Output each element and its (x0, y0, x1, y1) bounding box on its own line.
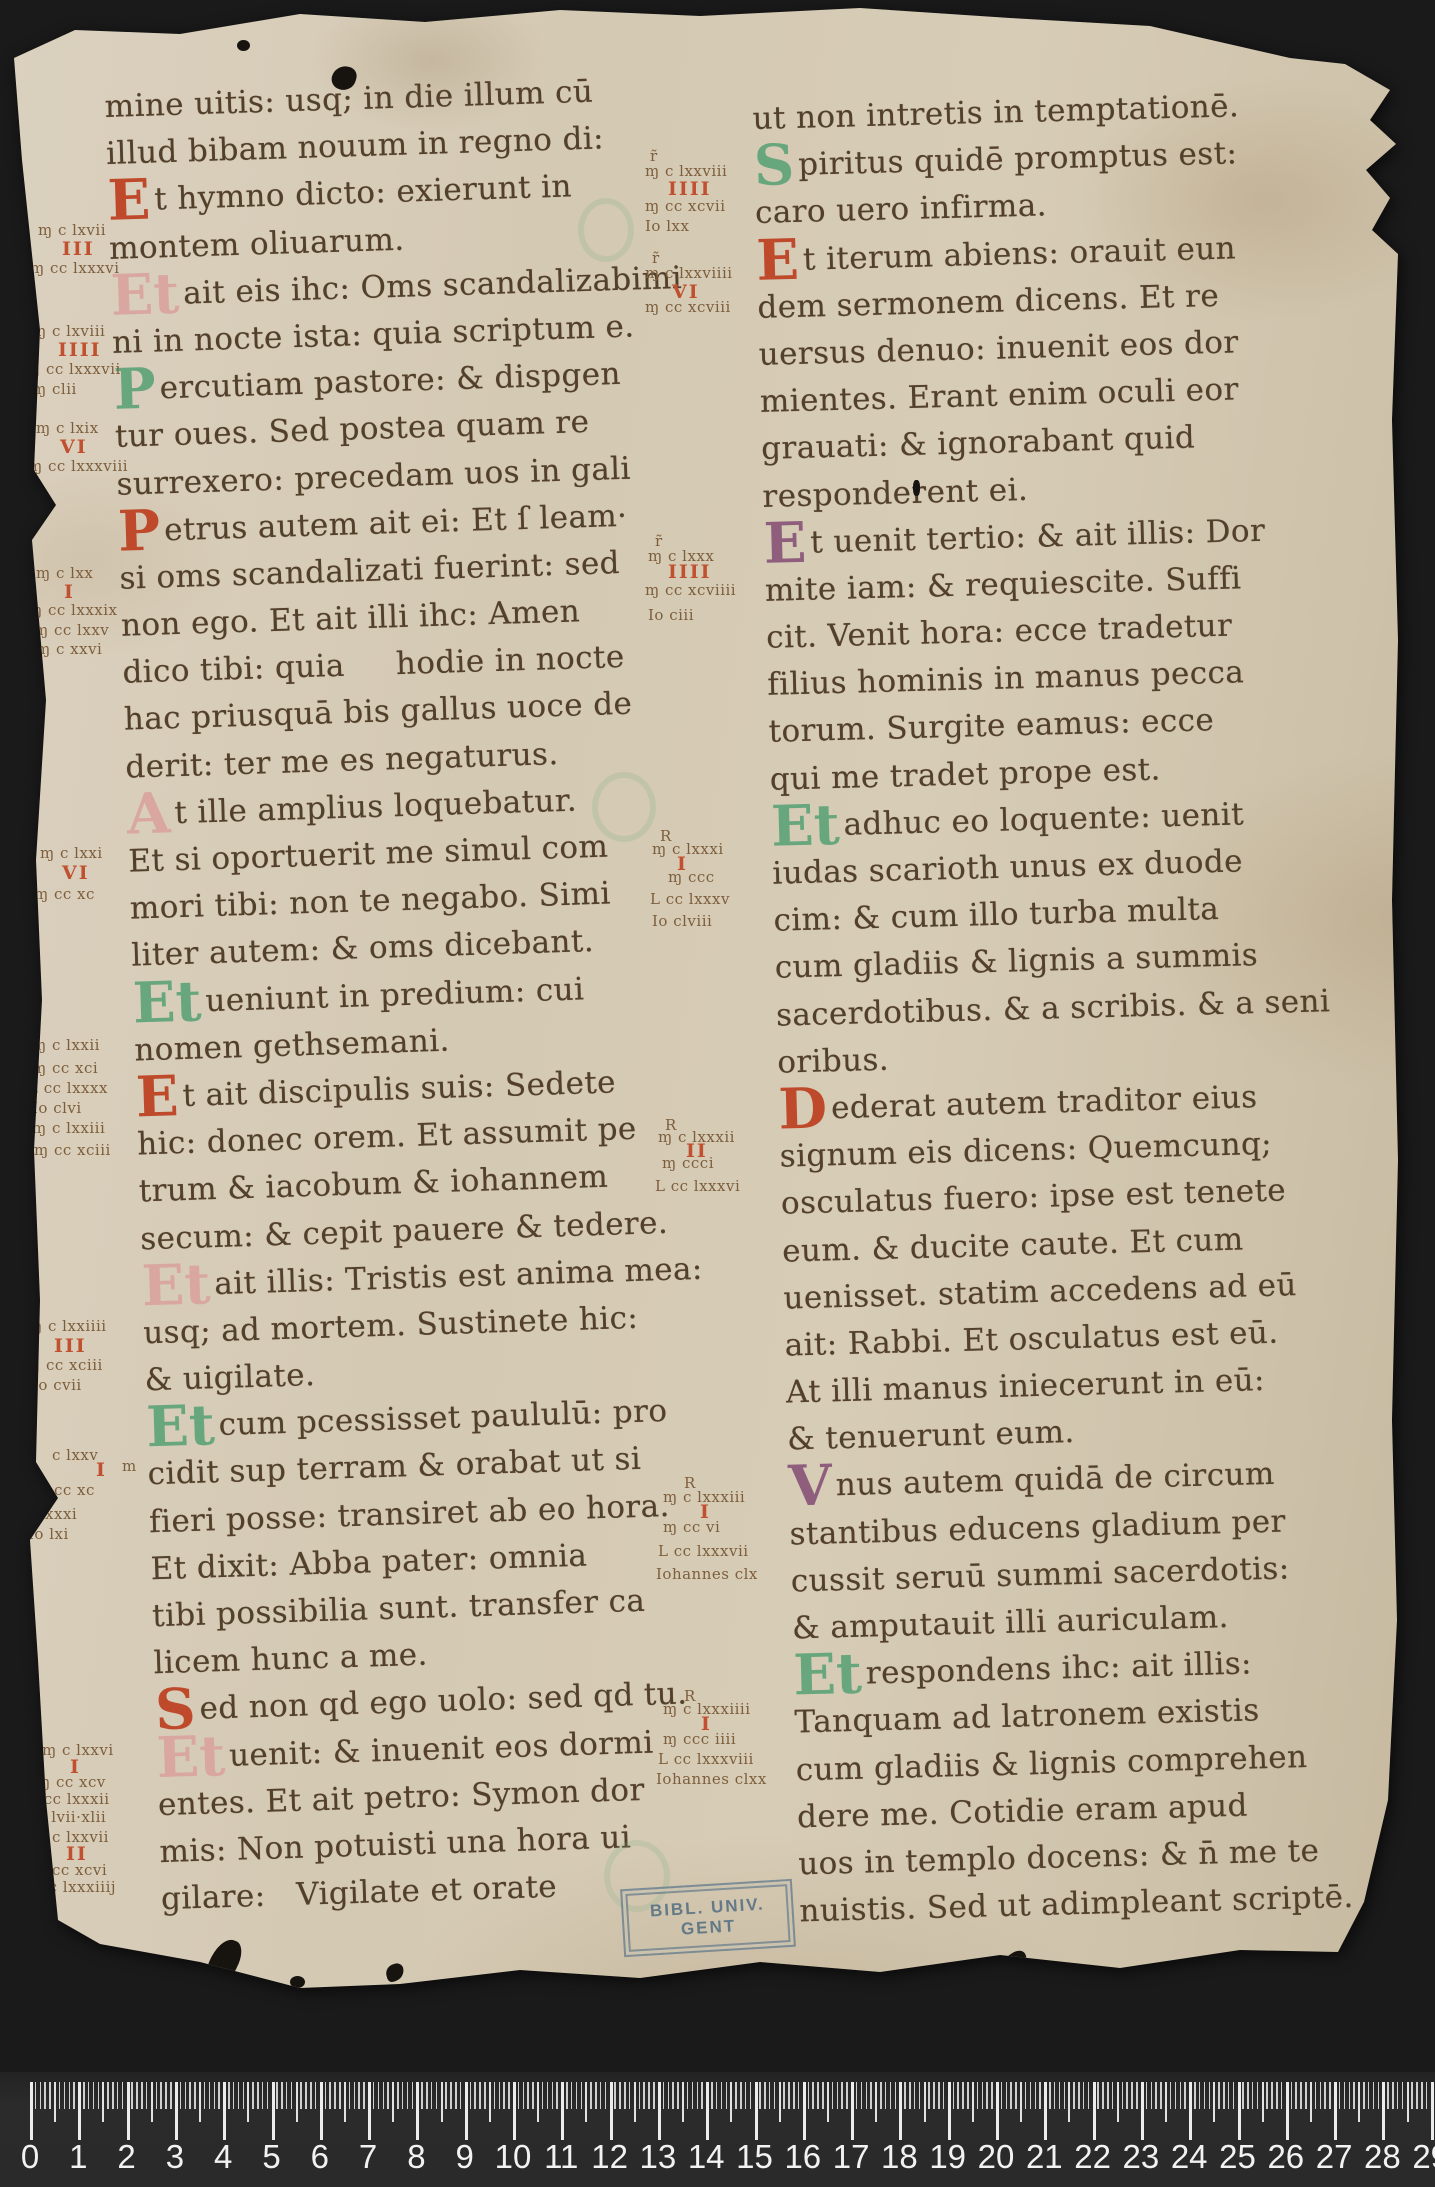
canon-note-text: III (54, 1335, 87, 1357)
line-text: & uigilate. (144, 1357, 316, 1398)
ruler-tick (1131, 2082, 1133, 2109)
line-text: adhuc eo loquente: uenit (843, 796, 1244, 842)
ruler-tick (875, 2082, 877, 2122)
eusebian-canon-note: ɱ cc xcviii (645, 299, 731, 316)
ruler-tick (697, 2082, 699, 2109)
canon-note-text: ɱ cc xcv (36, 1773, 106, 1791)
canon-note-text: III (62, 238, 95, 260)
line-text: caro uero infirma. (755, 188, 1048, 232)
ruler-tick (919, 2082, 921, 2109)
ruler-number: 29 (1401, 2138, 1435, 2176)
ruler-tick (1151, 2082, 1153, 2109)
ruler-tick (175, 2082, 178, 2140)
ruler-tick (972, 2082, 974, 2122)
canon-note-text: ɱ cc xc (34, 1481, 95, 1499)
eusebian-canon-note: ɱ ccci (662, 1155, 714, 1172)
canon-note-text: ɱ cc lxxv (34, 621, 109, 639)
ruler-tick (35, 2082, 37, 2109)
canon-note-text: Iohannes clxx (656, 1770, 767, 1788)
ruler-tick (315, 2082, 317, 2109)
ruler-tick (291, 2082, 293, 2109)
line-text: cum gladiis & lignis a summis (774, 937, 1258, 986)
ruler-tick (721, 2082, 723, 2109)
ruler-tick (1035, 2082, 1037, 2109)
ruler-tick (368, 2082, 371, 2140)
ruler-tick (421, 2082, 423, 2109)
ruler-tick (687, 2082, 689, 2109)
ruler-tick (1262, 2082, 1264, 2122)
ruler-tick (479, 2082, 481, 2109)
ruler-tick (1378, 2082, 1380, 2109)
ruler-tick (1010, 2082, 1012, 2109)
eusebian-canon-note: IIII (668, 564, 712, 581)
line-text: signum eis dicens: Quemcunq; (779, 1126, 1272, 1175)
ruler-tick (141, 2082, 143, 2109)
ruler-tick (1097, 2082, 1099, 2109)
ruler-tick (267, 2082, 269, 2109)
ruler-tick (788, 2082, 790, 2109)
ruler-tick (1213, 2082, 1215, 2122)
ruler-tick (102, 2082, 104, 2122)
line-text: qui me tradet prope est. (769, 751, 1161, 797)
ruler-tick (740, 2082, 742, 2109)
line-text: ait: Rabbi. Et osculatus est eū. (784, 1315, 1279, 1364)
ruler-tick (160, 2082, 162, 2109)
canon-note-text: ɱ cc xci (32, 1059, 98, 1077)
ruler-tick (73, 2082, 75, 2109)
ruler-tick (416, 2082, 419, 2140)
ruler-tick (581, 2082, 583, 2109)
ruler-tick (769, 2082, 771, 2109)
eusebian-canon-note: ɱ cc xc (34, 886, 95, 903)
ruler-tick (1112, 2082, 1114, 2109)
ruler-tick (1078, 2082, 1080, 2109)
line-text: licem hunc a me. (153, 1637, 428, 1682)
ruler-tick (552, 2082, 554, 2109)
ruler-tick (354, 2082, 356, 2109)
eusebian-canon-note: Io lxi (28, 1526, 69, 1543)
ruler-tick (759, 2082, 761, 2109)
ruler-tick (1039, 2082, 1041, 2109)
ruler-tick (276, 2082, 278, 2109)
ruler-tick (1402, 2082, 1404, 2109)
line-text: ederat autem traditor eius (831, 1079, 1258, 1126)
line-text: non ego. Et ait illi ihc: Amen (120, 593, 580, 643)
eusebian-canon-note: c lxxv (52, 1447, 98, 1464)
ruler-tick (822, 2082, 824, 2109)
ruler-tick (668, 2082, 670, 2109)
ink-blot (516, 1974, 527, 1983)
eusebian-canon-note: Io lxx (645, 218, 689, 235)
ruler-tick (1204, 2082, 1206, 2109)
line-text: nomen gethsemani. (134, 1022, 450, 1068)
ink-blot (237, 40, 250, 51)
ruler-tick (209, 2082, 211, 2109)
ruler-tick (170, 2082, 172, 2109)
eusebian-canon-note: Io clviii (652, 913, 712, 930)
left-text-column: mine uitis: usq; in die illum cūillud bi… (104, 66, 733, 1923)
ruler-tick (832, 2082, 834, 2109)
ruler-tick (924, 2082, 926, 2122)
ruler-tick (639, 2082, 641, 2109)
line-text: & amputauit illi auriculam. (792, 1599, 1230, 1646)
canon-note-text: I (64, 581, 75, 603)
eusebian-canon-note: I (64, 584, 75, 601)
line-text: t ait discipulis suis: Sedete (182, 1064, 616, 1114)
canon-note-text: ɱ cc lxxxix (28, 601, 118, 619)
ruler-tick (1044, 2082, 1047, 2140)
ruler-tick (489, 2082, 491, 2122)
ruler-tick (243, 2082, 245, 2109)
ruler-tick (1320, 2082, 1322, 2109)
canon-note-text: ɱ cc xcviiii (645, 581, 736, 599)
ruler-tick (1059, 2082, 1061, 2109)
line-text: dere me. Cotidie eram apud (797, 1787, 1249, 1835)
ruler-tick (880, 2082, 882, 2109)
ruler-tick (779, 2082, 781, 2122)
ruler-tick (387, 2082, 389, 2109)
ruler-tick (605, 2082, 607, 2109)
eusebian-canon-note: Io lvii·xlii (30, 1809, 106, 1826)
ruler-tick (711, 2082, 713, 2109)
ruler-tick (542, 2082, 544, 2109)
ruler-tick (861, 2082, 863, 2109)
ruler-tick (1358, 2082, 1360, 2122)
ruler-tick (1276, 2082, 1278, 2109)
ruler-tick (812, 2082, 814, 2109)
canon-note-text: ɱ ccc (668, 868, 715, 886)
ruler-tick (1315, 2082, 1317, 2109)
ruler-tick (1054, 2082, 1056, 2109)
ruler-tick (827, 2082, 829, 2122)
line-text: t iterum abiens: orauit eun (803, 230, 1237, 277)
line-text: dem sermonem dicens. Et re (757, 278, 1219, 326)
ruler-tick (1175, 2082, 1177, 2109)
line-text: t uenit tertio: & ait illis: Dor (810, 512, 1266, 560)
ruler-tick (1373, 2082, 1375, 2109)
ruler-tick (561, 2082, 564, 2140)
ruler-tick (1189, 2082, 1192, 2140)
ruler-tick (1107, 2082, 1109, 2109)
canon-note-text: I (96, 1459, 107, 1481)
ruler-tick (1160, 2082, 1162, 2109)
ruler-tick (107, 2082, 109, 2109)
canon-note-text: ɱ c lxxiiii (28, 1317, 107, 1335)
ruler-tick (1001, 2082, 1003, 2109)
eusebian-canon-note: L cc lxxxvii (658, 1543, 749, 1560)
ruler-tick (1223, 2082, 1225, 2109)
ruler-tick (64, 2082, 66, 2109)
eusebian-canon-note: ɱ c lxxviiii (645, 265, 733, 282)
ruler-tick (1353, 2082, 1355, 2109)
ruler-tick (1368, 2082, 1370, 2109)
ruler-tick (465, 2082, 468, 2140)
ruler-tick (470, 2082, 472, 2109)
ruler-tick (117, 2082, 119, 2109)
ruler-tick (895, 2082, 897, 2109)
line-text: & tenuerunt eum. (787, 1414, 1075, 1458)
ruler-tick (397, 2082, 399, 2109)
canon-note-text: L cc lxxxx (28, 1079, 108, 1097)
canon-note-text: ɱ c lxxi (40, 844, 103, 862)
ruler-tick (1228, 2082, 1230, 2109)
ruler-tick (933, 2082, 935, 2109)
ruler-tick (412, 2082, 414, 2109)
canon-note-text: ɱ c lxxii (32, 1036, 100, 1054)
library-stamp: BIBL. UNIV. GENT (620, 1879, 796, 1957)
ruler-tick (1431, 2082, 1434, 2140)
eusebian-canon-note: ɱ clii (32, 381, 77, 398)
verso-initial-ghost (578, 198, 634, 262)
eusebian-canon-note: ɱ cc xcvii (645, 198, 726, 215)
ruler-tick (363, 2082, 365, 2109)
line-text: oribus. (777, 1041, 890, 1080)
ruler-tick (228, 2082, 230, 2109)
ruler-tick (1102, 2082, 1104, 2109)
ruler-tick (194, 2082, 196, 2109)
ruler-tick (112, 2082, 114, 2109)
ruler-tick (851, 2082, 854, 2140)
right-text-column: ut non intretis in temptationē.Spiritus … (752, 81, 1354, 1935)
ruler-tick (503, 2082, 505, 2109)
canon-note-text: ɱ ccci (662, 1154, 714, 1172)
ruler-tick (658, 2082, 661, 2140)
canon-note-text: ɱ cc lxxxvii (26, 360, 121, 378)
ruler-tick (1281, 2082, 1283, 2109)
ruler-tick (214, 2082, 216, 2109)
canon-note-text: L cc lxxxvi (655, 1177, 740, 1195)
ruler-tick (1324, 2082, 1326, 2109)
canon-note-text: m (122, 1457, 137, 1475)
ruler-tick (436, 2082, 438, 2109)
ruler-tick (1165, 2082, 1167, 2122)
canon-note-text: L cc lxxxvii (658, 1542, 749, 1560)
ruler-tick (566, 2082, 568, 2109)
ruler-tick (136, 2082, 138, 2109)
ruler-tick (726, 2082, 728, 2109)
ruler-tick (329, 2082, 331, 2109)
eusebian-canon-note: Io ciii (648, 607, 694, 624)
ruler-tick (1064, 2082, 1066, 2109)
ink-blot (384, 1962, 406, 1983)
canon-note-text: L cc lxxxiiij (24, 1878, 116, 1896)
ruler-tick (296, 2082, 298, 2122)
ruler-tick (798, 2082, 800, 2109)
line-text: respondens ihc: ait illis: (865, 1646, 1252, 1692)
ruler-tick (1006, 2082, 1008, 2109)
ruler-tick (358, 2082, 360, 2109)
eusebian-canon-note: L lxxxi (24, 1506, 77, 1523)
eusebian-canon-note: I (96, 1462, 107, 1479)
ruler-tick (856, 2082, 858, 2109)
ruler-tick (131, 2082, 133, 2109)
eusebian-canon-note: ɱ c lxix (36, 420, 99, 437)
eusebian-canon-note: ɱ cc lxxxviii (28, 458, 128, 475)
ruler-tick (1252, 2082, 1254, 2109)
line-text: montem oliuarum. (109, 221, 405, 266)
ruler-tick (1155, 2082, 1157, 2109)
canon-note-text: Io lvii·xlii (30, 1808, 106, 1826)
ruler-tick (677, 2082, 679, 2109)
ruler-tick (78, 2082, 81, 2140)
ruler-tick (523, 2082, 525, 2109)
ruler-tick (310, 2082, 312, 2109)
canon-note-text: Io clviii (652, 912, 712, 930)
line-text: t hymno dicto: exierunt in (154, 169, 573, 218)
ruler-tick (576, 2082, 578, 2109)
eusebian-canon-note: III (54, 1338, 87, 1355)
ruler-tick (1238, 2082, 1241, 2140)
canon-note-text: ɱ c lxxviiii (645, 264, 733, 282)
line-text: grauati: & ignorabant quid (761, 420, 1196, 467)
ruler-tick (803, 2082, 806, 2140)
ruler-tick (870, 2082, 872, 2109)
line-text: usq; ad mortem. Sustinete hic: (143, 1300, 639, 1352)
ink-blot (290, 1976, 305, 1988)
ruler-tick (146, 2082, 148, 2109)
ruler-tick (1363, 2082, 1365, 2109)
ruler-tick (730, 2082, 732, 2122)
canon-note-text: ɱ c lxix (36, 419, 99, 437)
ruler-tick (185, 2082, 187, 2109)
eusebian-canon-note: L cc lxxxx (28, 1080, 108, 1097)
canon-note-text: ɱ cc xcvi (32, 1861, 107, 1879)
ruler-tick (590, 2082, 592, 2109)
line-text: ercutiam pastore: & dispgen (159, 356, 621, 406)
eusebian-canon-note: ɱ cc xciii (34, 1142, 111, 1159)
ruler-tick (1416, 2082, 1418, 2109)
line-text: responderent ei. (762, 471, 1029, 514)
eusebian-canon-note: ɱ ccc iiii (663, 1731, 736, 1748)
eusebian-canon-note: VI (62, 865, 90, 882)
ruler-tick (1397, 2082, 1399, 2109)
ruler-tick (610, 2082, 613, 2140)
canon-note-text: ɱ cc xcvii (645, 197, 726, 215)
ruler-tick (238, 2082, 240, 2109)
ruler-tick (1286, 2082, 1289, 2140)
parchment-wrapper: mine uitis: usq; in die illum cūillud bi… (0, 0, 1435, 2187)
ruler-tick (1387, 2082, 1389, 2109)
ruler-tick (977, 2082, 979, 2109)
ruler-tick (233, 2082, 235, 2109)
ruler-tick (40, 2082, 42, 2109)
ruler-tick (1180, 2082, 1182, 2109)
eusebian-canon-note: L cc lxxxii (28, 1791, 110, 1808)
canon-note-text: ɱ c lxviii (32, 322, 105, 340)
line-text: cum pcessisset paululū: pro (218, 1393, 668, 1443)
ruler-tick (1049, 2082, 1051, 2109)
ruler-tick (1334, 2082, 1337, 2140)
ruler-tick (286, 2082, 288, 2109)
measuring-ruler: 0123456789101112131415161718192021222324… (0, 2072, 1435, 2187)
ruler-tick (885, 2082, 887, 2109)
line-text: iudas scarioth unus ex duode (772, 843, 1243, 891)
line-text: ut non intretis in temptationē. (752, 88, 1239, 137)
line-text: cum gladiis & lignis comprehen (795, 1739, 1308, 1788)
ruler-tick (634, 2082, 636, 2122)
ruler-tick (204, 2082, 206, 2109)
ruler-tick (841, 2082, 843, 2109)
ruler-tick (218, 2082, 220, 2109)
ruler-tick (1411, 2082, 1413, 2109)
ruler-tick (262, 2082, 264, 2109)
ruler-tick (151, 2082, 153, 2122)
line-text: gilare: Vigilate et orate (160, 1869, 557, 1917)
parchment-page: mine uitis: usq; in die illum cūillud bi… (0, 0, 1435, 2000)
ruler-tick (1339, 2082, 1341, 2109)
line-text: uersus denuo: inuenit eos dor (758, 324, 1239, 373)
eusebian-canon-note: L cc lxxxv (650, 891, 730, 908)
ruler-tick (383, 2082, 385, 2109)
ruler-tick (653, 2082, 655, 2109)
canon-note-text: L cc lxxxv (650, 890, 730, 908)
ruler-tick (783, 2082, 785, 2109)
ruler-tick (325, 2082, 327, 2109)
canon-note-text: ɱ c lxx (36, 564, 93, 582)
line-text: piritus quidē promptus est: (798, 136, 1238, 183)
line-text: t ille amplius loquebatur. (174, 782, 578, 831)
line-text: At illi manus iniecerunt in eū: (785, 1362, 1265, 1411)
ruler-tick (624, 2082, 626, 2109)
ruler-tick (755, 2082, 758, 2140)
ruler-tick (1247, 2082, 1249, 2109)
ruler-tick (1242, 2082, 1244, 2109)
ruler-tick (484, 2082, 486, 2109)
ruler-tick (692, 2082, 694, 2109)
line-text: cussit seruū summi sacerdotis: (790, 1550, 1290, 1599)
ruler-tick (426, 2082, 428, 2109)
eusebian-canon-note: Iohannes clx (656, 1566, 758, 1583)
line-text: tibi possibilia sunt. transfer ca (152, 1583, 646, 1634)
ruler-tick (1146, 2082, 1148, 2109)
eusebian-canon-note: ɱ c xxvi (36, 641, 102, 658)
eusebian-canon-note: ɱ c lxxii (32, 1037, 100, 1054)
ruler-tick (1392, 2082, 1394, 2109)
eusebian-canon-note: III (62, 241, 95, 258)
ruler-tick (1136, 2082, 1138, 2109)
ruler-tick (571, 2082, 573, 2109)
line-text: osculatus fuero: ipse est tenete (781, 1173, 1287, 1222)
ruler-tick (199, 2082, 201, 2122)
canon-note-text: L lxxxi (24, 1505, 77, 1523)
ruler-tick (735, 2082, 737, 2109)
ruler-tick (1329, 2082, 1331, 2109)
ruler-tick (1015, 2082, 1017, 2109)
ruler-tick (764, 2082, 766, 2109)
ruler-tick (1291, 2082, 1293, 2109)
line-text: liter autem: & oms dicebant. (131, 923, 595, 974)
ruler-tick (223, 2082, 226, 2140)
ruler-tick (272, 2082, 275, 2140)
ruler-tick (899, 2082, 902, 2140)
line-text: mientes. Erant enim oculi eor (760, 371, 1240, 420)
ruler-tick (189, 2082, 191, 2109)
line-text: trum & iacobum & iohannem (138, 1159, 608, 1210)
ruler-tick (300, 2082, 302, 2109)
canon-note-text: L cc lxxxii (28, 1790, 110, 1808)
ruler-tick (373, 2082, 375, 2109)
line-text: eum. & ducite caute. Et cum (782, 1221, 1244, 1269)
canon-note-text: Io lxx (645, 217, 689, 235)
ruler-tick (1122, 2082, 1124, 2109)
ruler-tick (180, 2082, 182, 2109)
ruler-tick (556, 2082, 558, 2109)
ruler-tick (441, 2082, 443, 2122)
ink-blot (913, 480, 920, 496)
ruler-tick (672, 2082, 674, 2109)
ruler-tick (948, 2082, 951, 2140)
ruler-tick (122, 2082, 124, 2109)
